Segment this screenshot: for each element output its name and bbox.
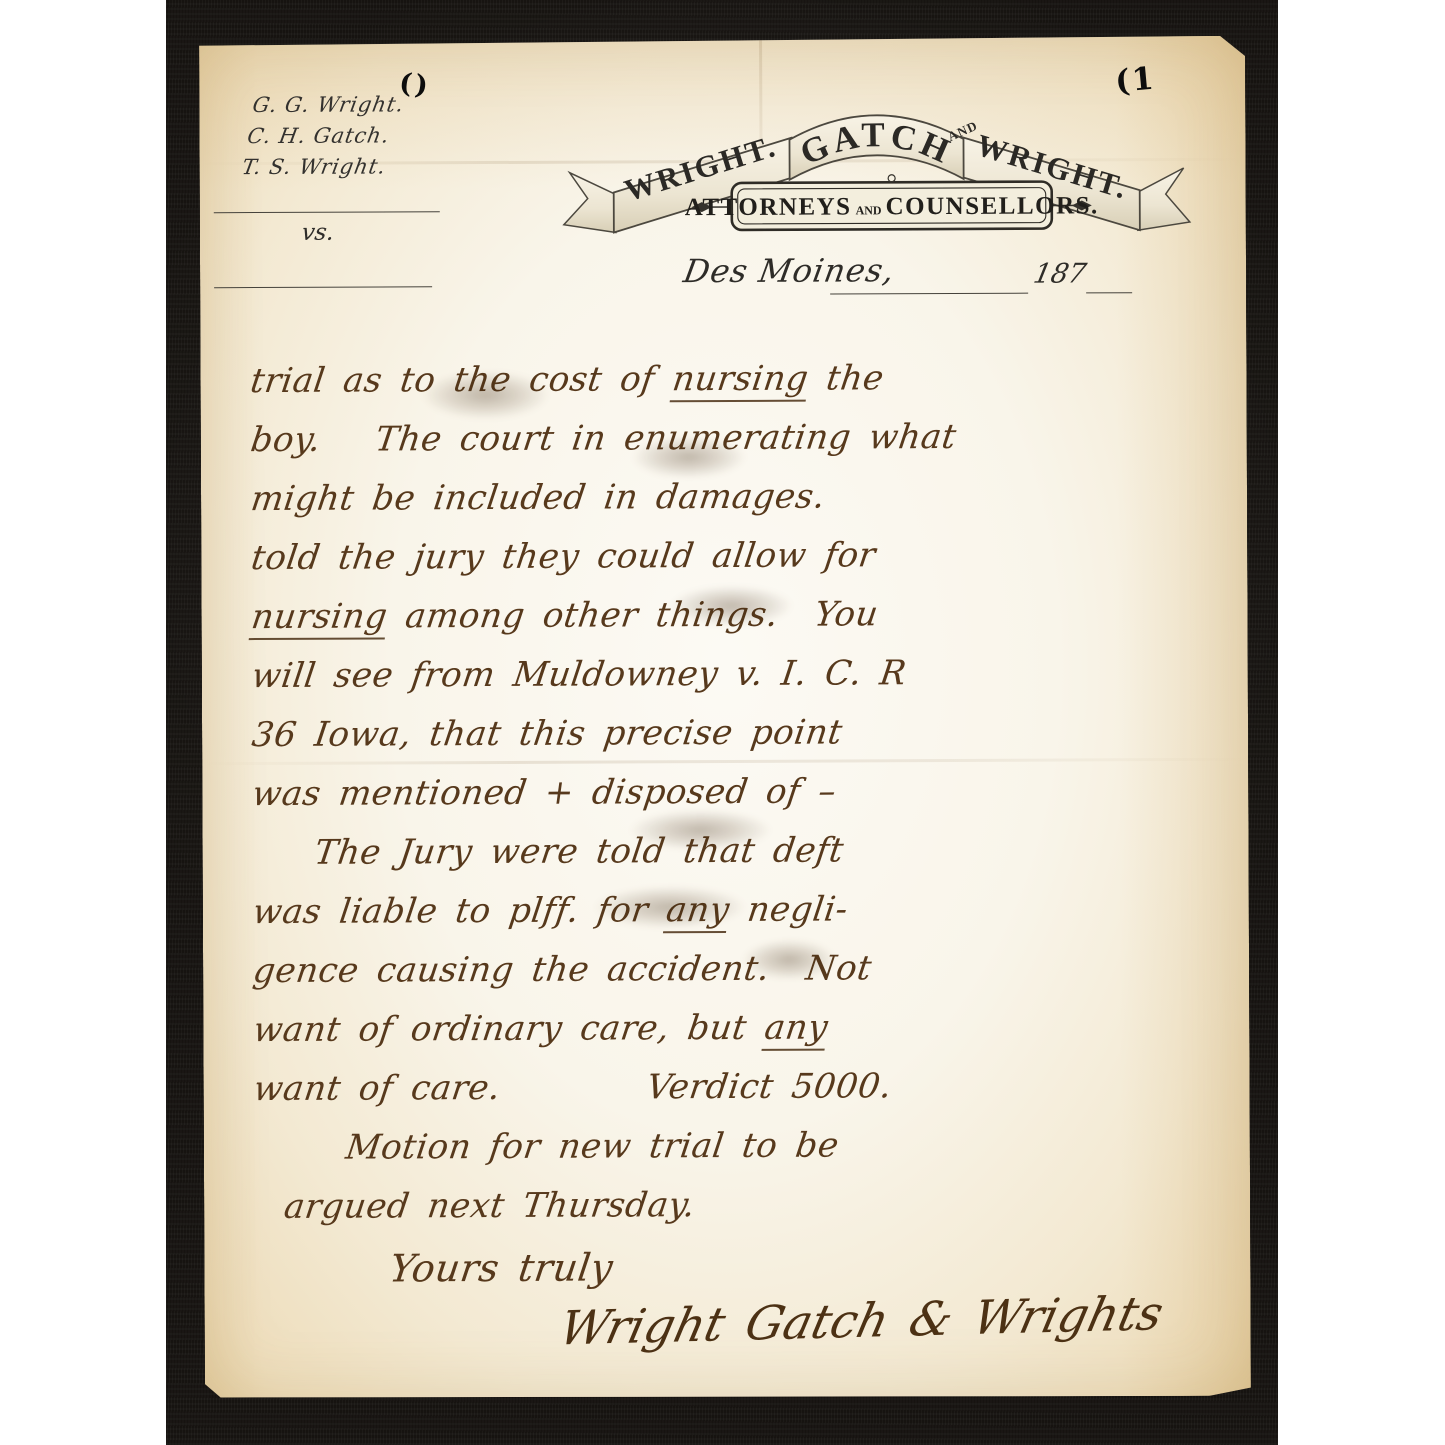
banner-word-gatch: GATCH bbox=[794, 115, 959, 173]
line-text: told the jury they could allow for bbox=[249, 535, 878, 578]
case-caption-rule bbox=[214, 286, 432, 288]
attorneys-counsellors-plaque: ATTORNEYSANDCOUNSELLORS. bbox=[685, 174, 1099, 230]
line-text: argued next Thursday. bbox=[282, 1185, 698, 1227]
line-text: boy. The court in enumerating what bbox=[248, 417, 959, 460]
underlined-word: nursing bbox=[670, 359, 811, 403]
letter-line: will see from Muldowney v. I. C. R bbox=[248, 643, 1230, 706]
line-text: want of care. Verdict 5000. bbox=[251, 1066, 894, 1109]
line-text: 36 Iowa, that this precise point bbox=[250, 712, 846, 755]
ink-smudge bbox=[633, 436, 745, 478]
line-text: will see from Muldowney v. I. C. R bbox=[249, 653, 909, 696]
line-text: Wright Gatch & Wrights bbox=[554, 1286, 1168, 1356]
versus-label: vs. bbox=[300, 220, 336, 246]
line-text: Motion for new trial to be bbox=[343, 1125, 841, 1167]
underlined-word: any bbox=[762, 1008, 831, 1051]
letterhead-banner: WRIGHT. GATCH AND WRIGHT. ATTORNEYSANDCO… bbox=[551, 74, 1202, 245]
ink-smudge bbox=[630, 810, 770, 851]
line-text: the bbox=[806, 358, 887, 398]
dateline-year: 187 bbox=[1031, 258, 1089, 289]
ink-mark-left: () bbox=[398, 68, 433, 102]
line-text: Yours truly bbox=[387, 1245, 616, 1290]
ribbon-tail-left bbox=[564, 172, 616, 232]
line-text: want of ordinary care, but bbox=[251, 1008, 768, 1050]
dateline-rule-short bbox=[1086, 292, 1132, 293]
letter-body: trial as to the cost of nursing theboy. … bbox=[246, 348, 1224, 1373]
letter-line: 36 Iowa, that this precise point bbox=[248, 702, 1230, 765]
letter-line: gence causing the accident. Not bbox=[249, 938, 1231, 1001]
line-text: might be included in damages. bbox=[249, 477, 828, 520]
case-caption-rule bbox=[214, 211, 440, 213]
letter-line: told the jury they could allow for bbox=[247, 525, 1229, 588]
letter-photo: G. G. Wright. C. H. Gatch. T. S. Wright.… bbox=[0, 0, 1445, 1445]
ribbon-tail-right bbox=[1138, 168, 1190, 230]
ink-smudge bbox=[671, 586, 791, 627]
dateline-rule bbox=[830, 293, 1028, 295]
line-text: negli- bbox=[727, 889, 851, 930]
letterhead-attorneys: G. G. Wright. C. H. Gatch. T. S. Wright. bbox=[239, 89, 406, 183]
letterhead-attorney-name: T. S. Wright. bbox=[239, 151, 396, 183]
ink-smudge bbox=[743, 940, 835, 980]
line-text: was mentioned + disposed of – bbox=[250, 772, 839, 815]
letterhead-attorney-name: C. H. Gatch. bbox=[245, 120, 402, 152]
letter-line: Motion for new trial to be bbox=[250, 1115, 1232, 1178]
letterhead-attorney-name: G. G. Wright. bbox=[250, 89, 407, 121]
letter-line: want of ordinary care, but any bbox=[249, 997, 1231, 1060]
letter-line: trial as to the cost of nursing the bbox=[247, 348, 1229, 411]
letter-line: want of care. Verdict 5000. bbox=[250, 1056, 1232, 1119]
ink-smudge bbox=[422, 371, 548, 420]
photo-background: G. G. Wright. C. H. Gatch. T. S. Wright.… bbox=[166, 0, 1278, 1445]
line-text: among other things. You bbox=[385, 594, 881, 636]
plaque-text: ATTORNEYSANDCOUNSELLORS. bbox=[685, 192, 1099, 221]
letter-line: argued next Thursday. bbox=[250, 1174, 1232, 1237]
ink-smudge bbox=[595, 886, 745, 929]
dateline-city: Des Moines, bbox=[681, 251, 898, 290]
underlined-word: nursing bbox=[249, 596, 390, 640]
letter-paper: G. G. Wright. C. H. Gatch. T. S. Wright.… bbox=[199, 36, 1251, 1401]
